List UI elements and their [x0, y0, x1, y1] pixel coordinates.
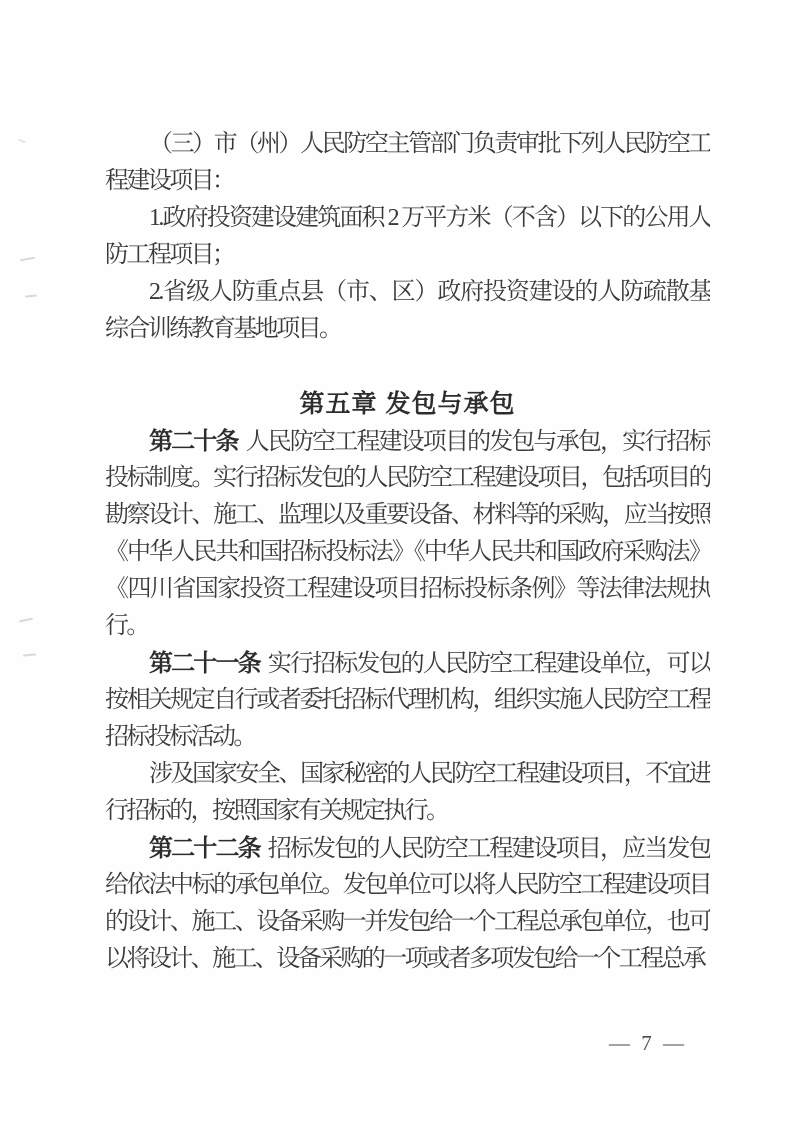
- paragraph: （三）市（州）人民防空主管部门负责审批下列人民防空工程建设项目：: [105, 126, 710, 200]
- text-line: 第二十条人民防空工程建设项目的发包与承包，实行招标: [105, 423, 710, 460]
- text-line: 给依法中标的承包单位。发包单位可以将人民防空工程建设项目: [105, 867, 710, 904]
- text-line: 行招标的，按照国家有关规定执行。: [105, 793, 710, 830]
- article-number: 第二十一条: [149, 650, 260, 677]
- paragraph: 1.政府投资建设建筑面积 2 万平方米（不含）以下的公用人防工程项目；: [105, 200, 710, 274]
- scan-artifact: [20, 257, 35, 262]
- chapter-heading: 第五章 发包与承包: [105, 386, 710, 423]
- text-segment: （三）市（州）人民防空主管部门负责审批下列人民防空工: [149, 131, 710, 157]
- article-number: 第二十二条: [149, 835, 260, 862]
- text-segment: 综合训练教育基地项目。: [105, 316, 340, 342]
- page-number: — 7 —: [593, 1028, 703, 1058]
- text-segment: 按相关规定自行或者委托招标代理机构，组织实施人民防空工程: [105, 687, 710, 713]
- text-line: 涉及国家安全、国家秘密的人民防空工程建设项目，不宜进: [105, 756, 710, 793]
- article-number: 第二十条: [149, 428, 238, 455]
- text-line: 1.政府投资建设建筑面积 2 万平方米（不含）以下的公用人: [105, 200, 710, 237]
- scan-artifact: [23, 653, 36, 656]
- text-segment: 人民防空工程建设项目的发包与承包，实行招标: [246, 429, 710, 455]
- text-line: 行。: [105, 608, 710, 645]
- text-line: 按相关规定自行或者委托招标代理机构，组织实施人民防空工程: [105, 682, 710, 719]
- text-segment: 1.政府投资建设建筑面积 2 万平方米（不含）以下的公用人: [149, 205, 710, 231]
- text-segment: 行。: [105, 613, 148, 639]
- text-line: 以将设计、施工、设备采购的一项或者多项发包给一个工程总承: [105, 941, 710, 978]
- text-segment: 程建设项目：: [105, 168, 233, 194]
- text-segment: 给依法中标的承包单位。发包单位可以将人民防空工程建设项目: [105, 872, 710, 898]
- text-segment: 《中华人民共和国招标投标法》《中华人民共和国政府采购法》: [105, 539, 710, 565]
- text-segment: 勘察设计、施工、监理以及重要设备、材料等的采购，应当按照: [105, 502, 710, 528]
- paragraph: 第二十一条实行招标发包的人民防空工程建设单位，可以按相关规定自行或者委托招标代理…: [105, 645, 710, 756]
- scanned-document-page: （三）市（州）人民防空主管部门负责审批下列人民防空工程建设项目：1.政府投资建设…: [0, 0, 793, 1122]
- text-segment: 防工程项目；: [105, 242, 233, 268]
- text-segment: 招标投标活动。: [105, 724, 255, 750]
- text-segment: 的设计、施工、设备采购一并发包给一个工程总承包单位，也可: [105, 909, 710, 935]
- document-body: （三）市（州）人民防空主管部门负责审批下列人民防空工程建设项目：1.政府投资建设…: [105, 126, 710, 978]
- text-line: 程建设项目：: [105, 163, 710, 200]
- text-line: 第二十二条招标发包的人民防空工程建设项目，应当发包: [105, 830, 710, 867]
- text-line: 综合训练教育基地项目。: [105, 311, 710, 348]
- text-line: 的设计、施工、设备采购一并发包给一个工程总承包单位，也可: [105, 904, 710, 941]
- text-segment: 实行招标发包的人民防空工程建设单位，可以: [268, 651, 710, 677]
- scan-artifact: [25, 294, 37, 297]
- text-line: 《中华人民共和国招标投标法》《中华人民共和国政府采购法》: [105, 534, 710, 571]
- text-line: 防工程项目；: [105, 237, 710, 274]
- text-segment: 以将设计、施工、设备采购的一项或者多项发包给一个工程总承: [105, 946, 704, 972]
- text-line: （三）市（州）人民防空主管部门负责审批下列人民防空工: [105, 126, 710, 163]
- paragraph: 2.省级人防重点县（市、区）政府投资建设的人防疏散基地、综合训练教育基地项目。: [105, 274, 710, 348]
- text-segment: 涉及国家安全、国家秘密的人民防空工程建设项目，不宜进: [149, 761, 710, 787]
- text-segment: 投标制度。实行招标发包的人民防空工程建设项目，包括项目的: [105, 465, 710, 491]
- paragraph: 涉及国家安全、国家秘密的人民防空工程建设项目，不宜进行招标的，按照国家有关规定执…: [105, 756, 710, 830]
- text-segment: 招标发包的人民防空工程建设项目，应当发包: [268, 836, 710, 862]
- text-line: 第五章 发包与承包: [105, 386, 710, 423]
- scan-artifact: [18, 139, 26, 144]
- text-line: 勘察设计、施工、监理以及重要设备、材料等的采购，应当按照: [105, 497, 710, 534]
- text-segment: 2.省级人防重点县（市、区）政府投资建设的人防疏散基地、: [105, 279, 710, 311]
- paragraph: 第二十条人民防空工程建设项目的发包与承包，实行招标投标制度。实行招标发包的人民防…: [105, 423, 710, 645]
- text-line: 第二十一条实行招标发包的人民防空工程建设单位，可以: [105, 645, 710, 682]
- text-segment: 行招标的，按照国家有关规定执行。: [105, 798, 447, 824]
- scan-artifact: [19, 618, 33, 623]
- text-segment: 《四川省国家投资工程建设项目招标投标条例》等法律法规执: [105, 576, 710, 602]
- article-number: 第五章 发包与承包: [300, 390, 516, 418]
- paragraph: 第二十二条招标发包的人民防空工程建设项目，应当发包给依法中标的承包单位。发包单位…: [105, 830, 710, 978]
- text-line: 投标制度。实行招标发包的人民防空工程建设项目，包括项目的: [105, 460, 710, 497]
- text-line: 《四川省国家投资工程建设项目招标投标条例》等法律法规执: [105, 571, 710, 608]
- text-line: 招标投标活动。: [105, 719, 710, 756]
- page-number-label: — 7 —: [609, 1031, 687, 1055]
- text-line: 2.省级人防重点县（市、区）政府投资建设的人防疏散基地、: [105, 274, 710, 311]
